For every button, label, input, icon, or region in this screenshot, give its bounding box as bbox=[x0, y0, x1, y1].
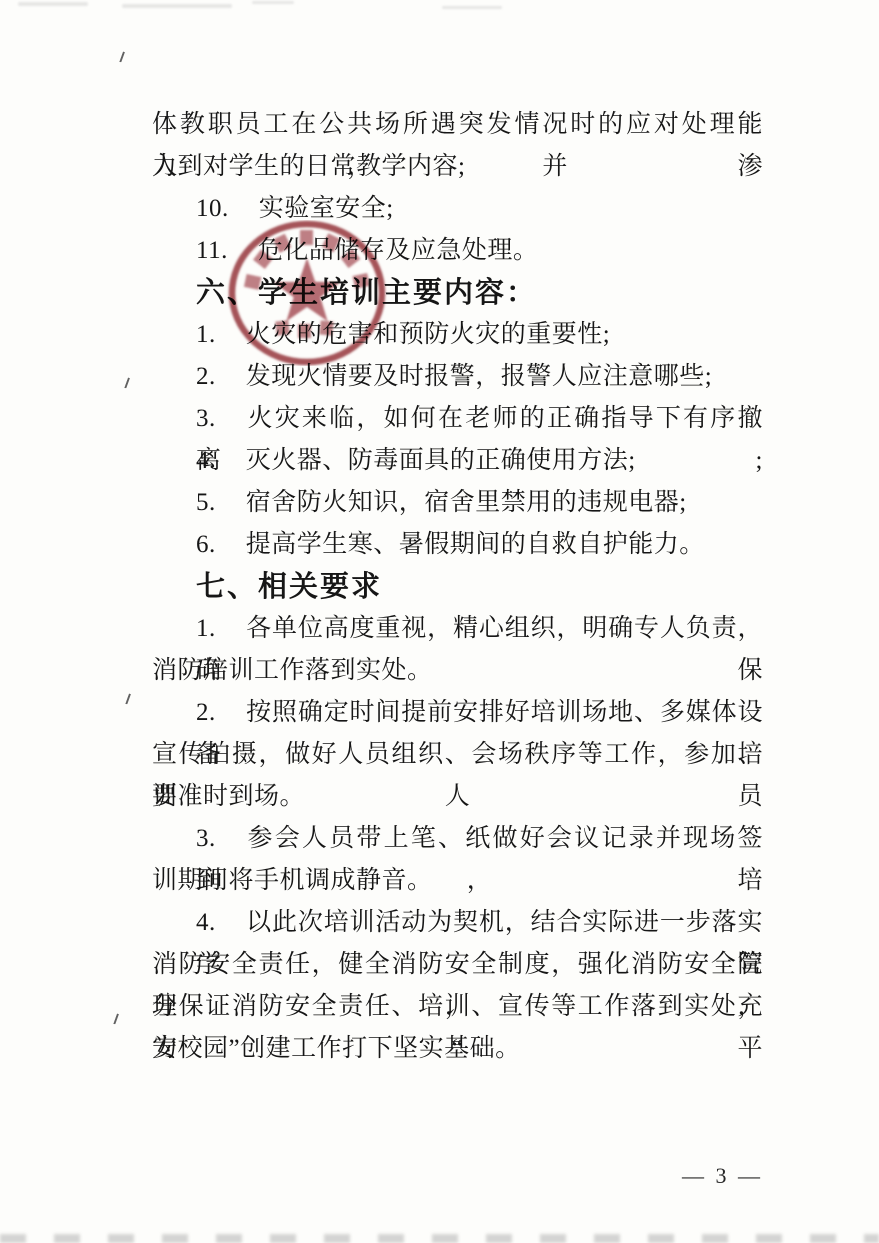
line-text: 宿舍防火知识，宿舍里禁用的违规电器; bbox=[246, 489, 687, 516]
scan-tick-mark bbox=[125, 693, 133, 705]
list-number: 5. bbox=[196, 482, 216, 524]
list-number: 2. bbox=[196, 356, 216, 398]
line-text: 实验室安全; bbox=[259, 195, 394, 222]
document-body: 体教职员工在公共场所遇突发情况时的应对处理能力，并渗入到对学生的日常教学内容;1… bbox=[152, 104, 763, 1070]
text-line: 4.以此次培训活动为契机，结合实际进一步落实学院 bbox=[152, 902, 763, 944]
list-number: 4. bbox=[196, 440, 216, 482]
list-number: 2. bbox=[196, 692, 216, 734]
page-number: — 3 — bbox=[682, 1163, 763, 1189]
text-line: 分保证消防安全责任、培训、宣传等工作落到实处，为“平 bbox=[152, 986, 763, 1028]
scan-tick-mark bbox=[119, 51, 127, 63]
text-line: 宣传拍摄，做好人员组织、会场秩序等工作，参加培训人员 bbox=[152, 734, 763, 776]
document-page: 体教职员工在公共场所遇突发情况时的应对处理能力，并渗入到对学生的日常教学内容;1… bbox=[0, 0, 879, 1243]
scan-smudge bbox=[122, 4, 232, 8]
list-number: 1. bbox=[196, 314, 216, 356]
line-text: 要准时到场。 bbox=[152, 783, 305, 810]
text-line: 七、相关要求 bbox=[152, 566, 763, 608]
text-line: 六、学生培训主要内容： bbox=[152, 272, 763, 314]
text-line: 2.按照确定时间提前安排好培训场地、多媒体设备、 bbox=[152, 692, 763, 734]
text-line: 5.宿舍防火知识，宿舍里禁用的违规电器; bbox=[152, 482, 763, 524]
line-text: 危化品储存及应急处理。 bbox=[258, 237, 539, 264]
text-line: 3.参会人员带上笔、纸做好会议记录并现场签到，培 bbox=[152, 818, 763, 860]
scan-smudge bbox=[252, 1, 294, 4]
list-number: 11. bbox=[196, 230, 228, 272]
line-text: 安校园”创建工作打下坚实基础。 bbox=[152, 1035, 521, 1062]
line-text: 六、学生培训主要内容： bbox=[196, 277, 537, 309]
text-line: 1.各单位高度重视，精心组织，明确专人负责，确保 bbox=[152, 608, 763, 650]
text-line: 6.提高学生寒、暑假期间的自救自护能力。 bbox=[152, 524, 763, 566]
text-line: 消防安全责任，健全消防安全制度，强化消防安全管理，充 bbox=[152, 944, 763, 986]
list-number: 4. bbox=[196, 902, 216, 944]
line-text: 提高学生寒、暑假期间的自救自护能力。 bbox=[246, 531, 705, 558]
text-line: 2.发现火情要及时报警，报警人应注意哪些; bbox=[152, 356, 763, 398]
line-text: 发现火情要及时报警，报警人应注意哪些; bbox=[246, 363, 712, 390]
scan-tick-mark bbox=[113, 1013, 121, 1025]
text-line: 1.火灾的危害和预防火灾的重要性; bbox=[152, 314, 763, 356]
list-number: 10. bbox=[196, 188, 229, 230]
text-line: 3.火灾来临，如何在老师的正确指导下有序撤离; bbox=[152, 398, 763, 440]
line-text: 七、相关要求 bbox=[196, 571, 382, 603]
list-number: 1. bbox=[196, 608, 216, 650]
line-text: 训期间将手机调成静音。 bbox=[152, 867, 433, 894]
scan-tick-mark bbox=[124, 377, 132, 389]
line-text: 火灾的危害和预防火灾的重要性; bbox=[246, 321, 610, 348]
scan-smudge bbox=[18, 2, 88, 6]
line-text: 灭火器、防毒面具的正确使用方法; bbox=[246, 447, 636, 474]
text-line: 体教职员工在公共场所遇突发情况时的应对处理能力，并渗 bbox=[152, 104, 763, 146]
text-line: 11.危化品储存及应急处理。 bbox=[152, 230, 763, 272]
list-number: 3. bbox=[196, 818, 216, 860]
text-line: 10.实验室安全; bbox=[152, 188, 763, 230]
scan-noise-band bbox=[0, 1234, 879, 1243]
line-text: 消防培训工作落到实处。 bbox=[152, 657, 433, 684]
line-text: 入到对学生的日常教学内容; bbox=[152, 153, 465, 180]
scan-smudge bbox=[442, 6, 502, 9]
list-number: 3. bbox=[196, 398, 216, 440]
list-number: 6. bbox=[196, 524, 216, 566]
